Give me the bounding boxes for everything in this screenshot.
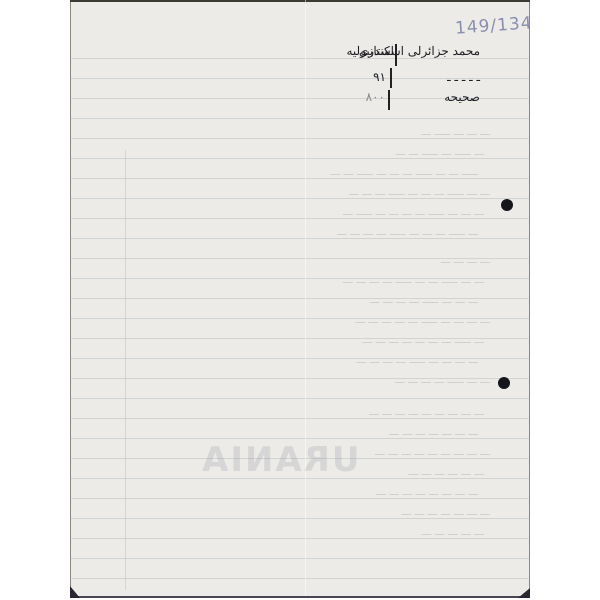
ruled-line xyxy=(70,558,530,559)
header-row: صحیحه xyxy=(440,90,480,108)
ruled-line xyxy=(70,198,530,199)
ruled-line xyxy=(70,158,530,159)
bleed-line: ـــ ـــ ـــــ ـــ ـــ ـــ ـــ xyxy=(395,373,490,386)
ruled-line xyxy=(70,178,530,179)
bleed-line: ـــ ـــ ـــ ـــــ ـــ ـــ ـــ ـــ ـــــ … xyxy=(343,205,484,218)
ruled-line xyxy=(70,418,530,419)
ruled-line xyxy=(70,218,530,219)
ruled-line xyxy=(70,518,530,519)
ruled-line xyxy=(70,438,530,439)
fold-crease xyxy=(305,0,306,598)
bleed-line: ـــ ـــ ـــ ـــ ـــــ ـــ ـــ ـــ ـــ ــ… xyxy=(355,313,490,326)
ruled-line xyxy=(70,118,530,119)
header-value: ٨٠٠ xyxy=(366,90,385,104)
bleed-line: ـــ ـــ ـــــ ـــ ـــ ـــــ ـــ ـــ ـــ … xyxy=(343,273,484,286)
ruled-line xyxy=(70,398,530,399)
header-divider xyxy=(395,44,397,66)
watermark: URANIA xyxy=(200,440,360,480)
page-corner xyxy=(70,586,80,598)
reference-number: 149/134 xyxy=(454,13,530,38)
punch-hole xyxy=(501,199,513,211)
ruled-line xyxy=(70,238,530,239)
header-row: ـ ـ ـ ـ ـ xyxy=(430,70,480,88)
header-divider xyxy=(388,90,390,110)
bleed-line: ـــ ـــ ـــ ـــ ـــ xyxy=(422,525,484,538)
margin-line xyxy=(125,150,126,590)
bleed-line: ـــ ـــ ـــ ـــ ـــ ـــ ـــ xyxy=(401,505,490,518)
bleed-line: ـــ ـــ ـــ ـــ ـــ ـــ ـــ xyxy=(389,425,478,438)
header-divider xyxy=(390,68,392,88)
header-value: ٩١ xyxy=(373,70,386,84)
bleed-line: ـــ ـــــ ـــ ـــ ـــ ـــــ ـــ ـــ ـــ … xyxy=(337,225,478,238)
page-bottom-edge xyxy=(70,596,530,598)
header-value-row: ٩١ xyxy=(360,70,386,88)
header-value-row: ٨٠٠ xyxy=(355,90,385,108)
bleed-line: ـــ ـــ ـــــ ـــ ـــ ـــ ـــــ ـــ ـــ … xyxy=(349,185,490,198)
page-corner xyxy=(518,588,530,598)
header-value: استانبولیه xyxy=(346,44,394,58)
bleed-line: ـــ ـــ ـــ ـــــ ـــ xyxy=(421,125,490,138)
bleed-line: ـــــ ـــ ـــ ـــــ ـــ ـــ ـــ ـــــ ــ… xyxy=(331,165,479,178)
bleed-line: ـــ ـــ ـــ ـــ ـــ ـــ xyxy=(409,465,485,478)
bleed-line: ـــ ـــ ـــ ـــ ـــ ـــ ـــ ـــ xyxy=(376,485,478,498)
ruled-line xyxy=(70,498,530,499)
header-value-row: استانبولیه xyxy=(340,44,394,62)
document-page: 149/134 محمد جزائرلی اسکندری استانبولیه … xyxy=(70,0,530,598)
bleed-line: ـــ ـــ ـــ ـــــ ـــ ـــ ـــ ـــ xyxy=(370,293,478,306)
ruled-line xyxy=(70,538,530,539)
header-label: ـ ـ ـ ـ ـ xyxy=(447,70,480,84)
bleed-line: ـــ ـــ ـــ ـــ ـــــ ـــ ـــ ـــ ـــ xyxy=(357,353,478,366)
ruled-line xyxy=(70,578,530,579)
bleed-line: ـــ ـــ ـــ ـــ ـــ ـــ ـــ ـــ ـــ xyxy=(369,405,484,418)
header-label: صحیحه xyxy=(444,90,480,104)
punch-hole xyxy=(498,377,510,389)
bleed-line: ـــ ـــــ ـــ ـــ ـــ ـــ ـــ ـــ ـــ xyxy=(363,333,484,346)
bleed-line: ـــ ـــــ ـــ ـــــ ـــ ـــ xyxy=(396,145,484,158)
bleed-line: ـــ ـــ ـــ ـــ xyxy=(441,253,490,266)
bleed-line: ـــ ـــ ـــ ـــ ـــ ـــ ـــ ـــ ـــ xyxy=(375,445,490,458)
page-top-edge xyxy=(70,0,530,2)
ruled-line xyxy=(70,138,530,139)
